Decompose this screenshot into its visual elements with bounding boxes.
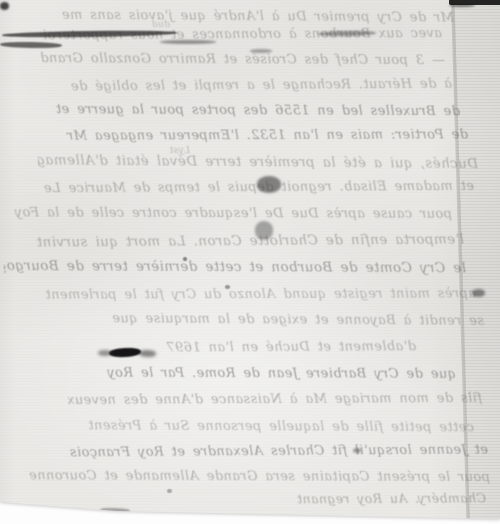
- ink-smudge: [250, 49, 272, 53]
- manuscript-line: Chambéry. Au Roy regnant: [196, 490, 486, 511]
- manuscript-line: l'emporta enfin de Charlotte Caron. La m…: [6, 231, 464, 253]
- manuscript-line: de Bruxelles led en 1556 des portes pour…: [40, 102, 460, 123]
- manuscript-line: et Jeanne lorsqu'il fit Charles Alexandr…: [6, 442, 488, 464]
- ink-smudge: [0, 2, 9, 10]
- handwriting-lines: Mr de Cry premier Du à l'André que j'avo…: [0, 0, 500, 524]
- ink-smudge: [98, 350, 112, 356]
- manuscript-line: que de Cry Barbiere Jean de Rome. Par le…: [36, 365, 456, 385]
- manuscript-line: de Portier: mais en l'an 1532. l'Empereu…: [33, 127, 468, 148]
- ink-smudge: [255, 221, 273, 240]
- manuscript-line: dud: [130, 20, 170, 39]
- scan-edge-artifact: [449, 0, 500, 5]
- manuscript-line: cette petite fille de laquelle personne …: [12, 418, 474, 439]
- ink-smudge: [353, 448, 361, 453]
- manuscript-line: à de Héraut. Rechange le a rempli et les…: [27, 77, 452, 99]
- ink-smudge: [100, 507, 130, 512]
- manuscript-line: Duchés, qui a été la première terre Déva…: [38, 152, 478, 175]
- ink-smudge: [167, 489, 172, 493]
- manuscript-line: — 3 pour Chef des Croisés et Ramirro Gon…: [40, 51, 445, 72]
- manuscript-line: se rendit à Bayonne et exigea de la marq…: [6, 310, 484, 332]
- manuscript-scan: Mr de Cry premier Du à l'André que j'avo…: [0, 0, 500, 524]
- manuscript-line: après maint registe quand Alonzo du Cry …: [6, 286, 476, 307]
- paper-shadow-wrap: Mr de Cry premier Du à l'André que j'avo…: [0, 0, 500, 524]
- ink-smudge: [160, 40, 216, 44]
- manuscript-line: le Cry Comte de Bourbon et cette dernièr…: [4, 258, 466, 279]
- manuscript-line: et madame Élisab. regnoit depuis le temp…: [9, 179, 474, 200]
- manuscript-line: pour cause après Due De l'esquadre contr…: [4, 205, 452, 226]
- manuscript-line: pour le présent Capitaine sera Grande Al…: [6, 468, 490, 489]
- manuscript-paper: Mr de Cry premier Du à l'André que j'avo…: [0, 0, 500, 524]
- manuscript-line: Lyst: [140, 146, 190, 165]
- ink-smudge: [225, 285, 230, 289]
- manuscript-line: fils de mon mariage Ma à Naissance d'Ann…: [6, 391, 482, 412]
- ink-smudge: [183, 257, 187, 261]
- ink-smudge: [139, 350, 156, 358]
- ink-smudge: [257, 176, 281, 193]
